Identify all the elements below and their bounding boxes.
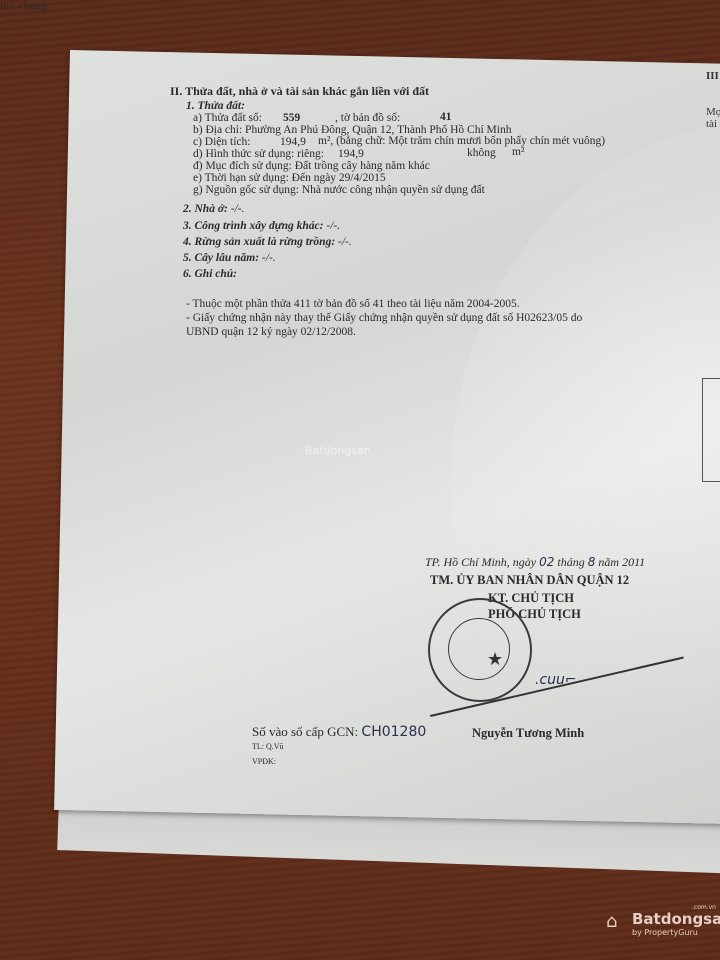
house-label: 2. Nhà ở:	[183, 203, 228, 215]
usage-purpose: đ) Mục đích sử dụng: Đất trồng cây hàng …	[193, 160, 430, 172]
perennial-trees-item: 5. Cây lâu năm: -/-.	[183, 252, 276, 264]
signer-name: Nguyễn Tương Minh	[472, 726, 584, 741]
date-year: 2011	[622, 555, 645, 569]
logo-name: Batdongsan	[632, 910, 720, 928]
map-sheet-value: 41	[440, 111, 452, 123]
area-in-words: m², (bằng chữ: Một trăm chín mươi bốn ph…	[318, 135, 605, 147]
production-forest-value: -/-.	[338, 236, 352, 248]
right-edge-line-1: Mọ	[706, 106, 720, 118]
date-month: 8	[588, 555, 596, 569]
watermark: Batdongsan	[305, 444, 371, 457]
usage-term: e) Thời hạn sử dụng: Đến ngày 29/4/2015	[193, 172, 386, 184]
parcel-number-label: a) Thửa đất số:	[193, 112, 262, 124]
issue-date-line: TP. Hồ Chí Minh, ngày 02 tháng 8 năm 201…	[425, 555, 645, 570]
logo-tld: .com.vn	[692, 904, 716, 911]
note-line-3: UBND quận 12 ký ngày 02/12/2008.	[186, 326, 356, 338]
issuing-authority: TM. ỦY BAN NHÂN DÂN QUẬN 12	[430, 573, 629, 588]
date-month-label: tháng	[557, 555, 584, 569]
right-edge-line-2: tài	[706, 118, 717, 130]
certificate-content: II. Thửa đất, nhà ở và tài sản khác gắn …	[0, 0, 720, 960]
other-construction-label: 3. Công trình xây dựng khác:	[183, 220, 323, 232]
usage-form-label: d) Hình thức sử dụng: riêng:	[193, 148, 324, 160]
usage-origin: g) Nguồn gốc sử dụng: Nhà nước công nhận…	[193, 184, 485, 196]
usage-private-value: 194,9	[338, 148, 364, 160]
logo-sub: by PropertyGuru	[632, 928, 698, 937]
note-line-1: - Thuộc một phần thửa 411 tờ bản đồ số 4…	[186, 298, 520, 310]
production-forest-item: 4. Rừng sản xuất là rừng trồng: -/-.	[183, 236, 352, 248]
section-heading: II. Thửa đất, nhà ở và tài sản khác gắn …	[170, 84, 429, 99]
gcn-registry-line: Số vào sổ cấp GCN: CH01280	[252, 724, 426, 740]
next-section-fragment: III	[706, 70, 719, 82]
date-year-label: năm	[598, 555, 619, 569]
date-prefix: TP. Hồ Chí Minh, ngày	[425, 555, 536, 569]
notes-heading: 6. Ghi chú:	[183, 268, 237, 280]
seal-inner-ring: ★	[448, 618, 510, 680]
usage-shared-label: m²; chung:	[0, 0, 720, 12]
official-seal: ★	[428, 598, 532, 702]
usage-shared-unit: m²	[512, 146, 524, 158]
gcn-value: CH01280	[361, 724, 426, 740]
vpdk-label: VPĐK:	[252, 757, 276, 766]
area-label: c) Diện tích:	[193, 136, 250, 148]
right-edge-box	[702, 378, 720, 482]
other-construction-item: 3. Công trình xây dựng khác: -/-.	[183, 220, 340, 232]
perennial-trees-value: -/-.	[262, 252, 276, 264]
parcel-number-value: 559	[283, 112, 300, 124]
land-parcel-heading: 1. Thửa đất:	[186, 100, 245, 112]
clerk-line: TL: Q.Vũ	[252, 742, 284, 751]
usage-shared-value: không	[467, 147, 496, 159]
note-line-2: - Giấy chứng nhận này thay thế Giấy chứn…	[186, 312, 582, 324]
star-icon: ★	[487, 649, 503, 670]
date-day: 02	[539, 555, 554, 569]
house-item: 2. Nhà ở: -/-.	[183, 203, 244, 215]
map-sheet-label: , tờ bản đồ số:	[335, 112, 400, 124]
gcn-label: Số vào sổ cấp GCN:	[252, 724, 358, 739]
house-value: -/-.	[231, 203, 245, 215]
other-construction-value: -/-.	[326, 220, 340, 232]
production-forest-label: 4. Rừng sản xuất là rừng trồng:	[183, 236, 335, 248]
perennial-trees-label: 5. Cây lâu năm:	[183, 252, 259, 264]
house-logo-icon: ⌂	[606, 912, 628, 932]
area-value: 194,9	[280, 136, 306, 148]
